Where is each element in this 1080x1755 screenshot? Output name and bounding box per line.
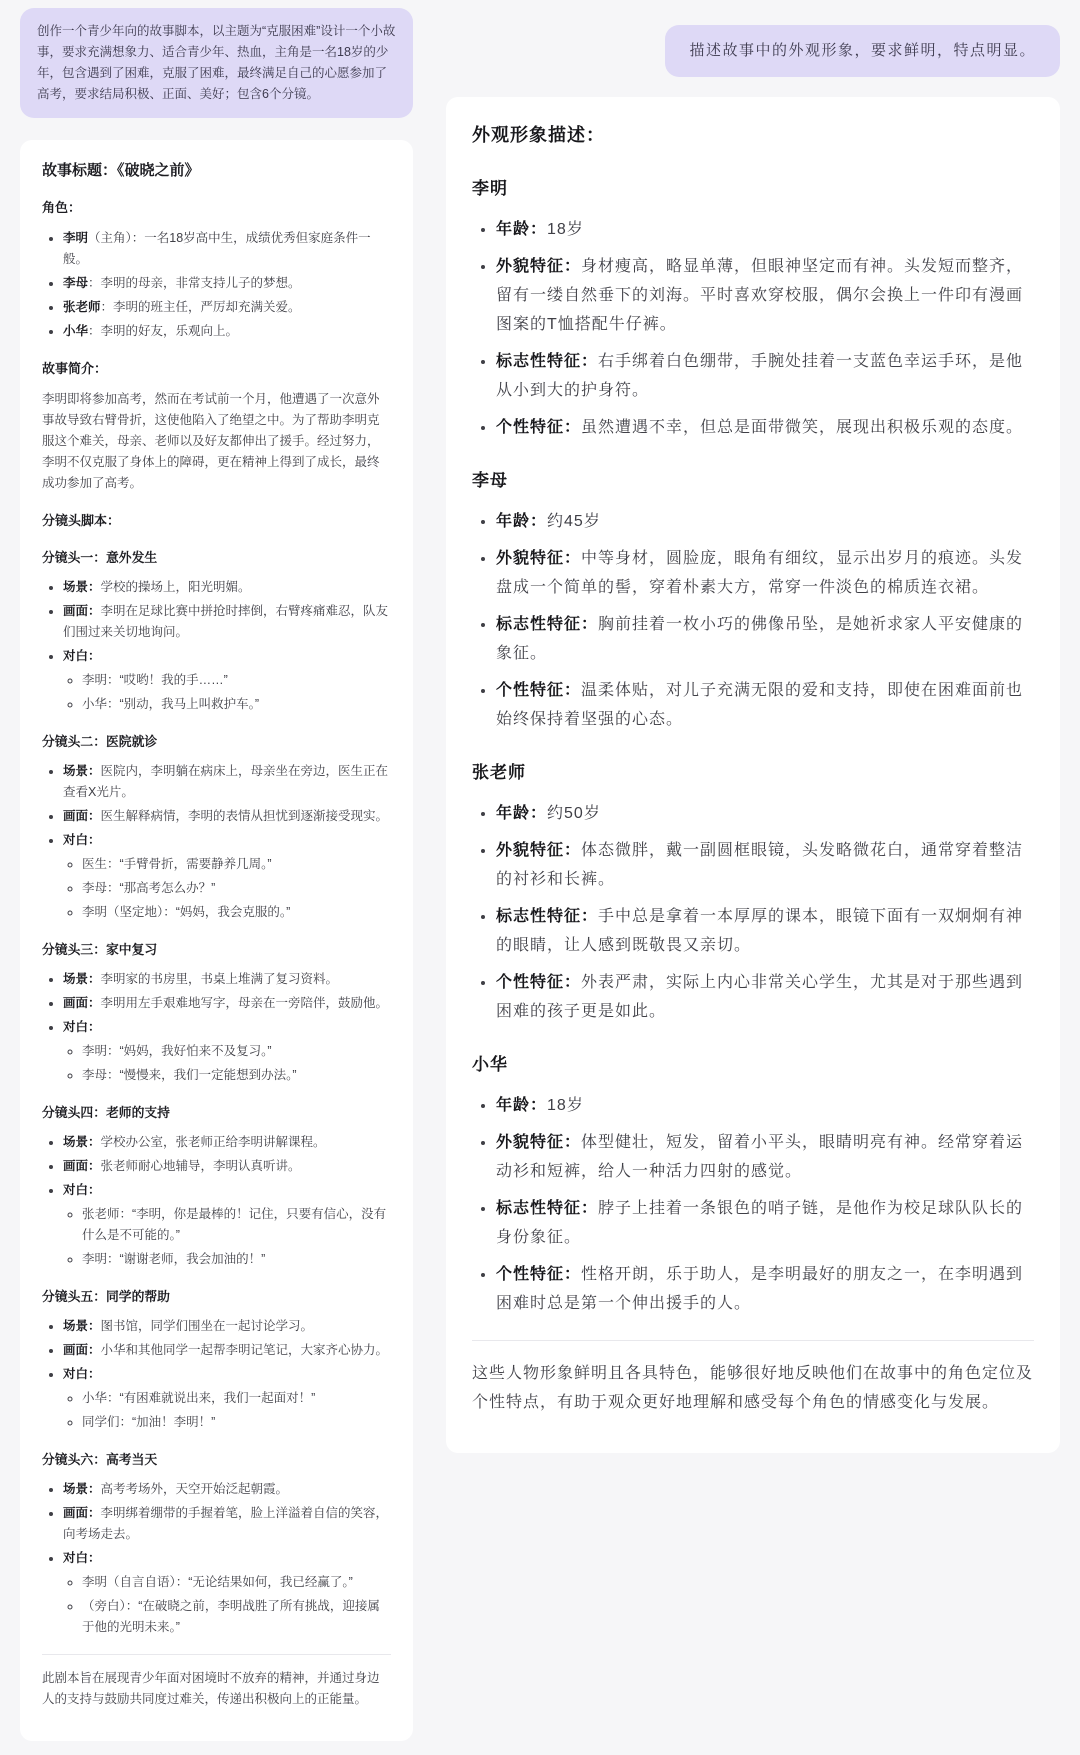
roles-heading: 角色：: [42, 197, 391, 218]
roles-list: 李明（主角）：一名18岁高中生，成绩优秀但家庭条件一般。 李母：李明的母亲，非常…: [42, 228, 391, 342]
scene-title: 分镜头二：医院就诊: [42, 731, 391, 752]
trait-label: 个性特征：: [496, 974, 581, 991]
trait-label: 年龄：: [496, 513, 547, 530]
trait-label: 个性特征：: [496, 1266, 581, 1283]
dialog-label: 对白：: [63, 833, 101, 847]
character-name: 李母: [472, 466, 1034, 495]
scene-dialog: 对白： 李明（自言自语）：“无论结果如何，我已经赢了。” （旁白）：“在破晓之前…: [63, 1548, 391, 1638]
scene-frame: 画面：李明在足球比赛中拼抢时摔倒，右臂疼痛难忍，队友们围过来关切地询问。: [63, 601, 391, 643]
character-trait-list: 年龄：18岁 外貌特征：体型健壮，短发，留着小平头，眼睛明亮有神。经常穿着运动衫…: [472, 1091, 1034, 1318]
dialog-list: 李明：“妈妈，我好怕来不及复习。” 李母：“慢慢来，我们一定能想到办法。”: [63, 1041, 391, 1086]
frame-label: 画面：: [63, 809, 101, 823]
story-title: 故事标题：《破晓之前》: [42, 160, 391, 181]
dialog-list: 医生：“手臂骨折，需要静养几周。” 李母：“那高考怎么办？” 李明（坚定地）：“…: [63, 854, 391, 923]
scene-title: 分镜头四：老师的支持: [42, 1102, 391, 1123]
user-message-left-text: 创作一个青少年向的故事脚本，以主题为“克服困难”设计一个小故事，要求充满想象力、…: [37, 24, 395, 101]
character-block: 张老师 年龄：约50岁 外貌特征：体态微胖，戴一副圆框眼镜，头发略微花白，通常穿…: [472, 758, 1034, 1026]
user-message-right-wrap: 描述故事中的外观形象，要求鲜明，特点明显。: [446, 25, 1060, 77]
synopsis-heading: 故事简介：: [42, 358, 391, 379]
dialog-line: 医生：“手臂骨折，需要静养几周。”: [82, 854, 391, 875]
trait-text: 18岁: [547, 221, 584, 238]
frame-label: 画面：: [63, 604, 101, 618]
chat-column-right: 描述故事中的外观形象，要求鲜明，特点明显。 外观形象描述： 李明 年龄：18岁 …: [446, 8, 1060, 1453]
scene-setting-text: 图书馆，同学们围坐在一起讨论学习。: [101, 1319, 314, 1333]
scene-list: 场景：医院内，李明躺在病床上，母亲坐在旁边，医生正在查看X光片。 画面：医生解释…: [42, 761, 391, 923]
scene-title: 分镜头五：同学的帮助: [42, 1286, 391, 1307]
trait-label: 外貌特征：: [496, 842, 581, 859]
scene-frame-text: 李明在足球比赛中拼抢时摔倒，右臂疼痛难忍，队友们围过来关切地询问。: [63, 604, 388, 639]
user-message-right: 描述故事中的外观形象，要求鲜明，特点明显。: [665, 25, 1060, 77]
role-item: 小华：李明的好友，乐观向上。: [63, 321, 391, 342]
trait-signature: 标志性特征：胸前挂着一枚小巧的佛像吊坠，是她祈求家人平安健康的象征。: [496, 610, 1034, 668]
scene-frame-text: 张老师耐心地辅导，李明认真听讲。: [101, 1159, 301, 1173]
trait-label: 个性特征：: [496, 682, 581, 699]
scene-block: 分镜头三：家中复习 场景：李明家的书房里，书桌上堆满了复习资料。 画面：李明用左…: [42, 939, 391, 1086]
scene-frame: 画面：小华和其他同学一起帮李明记笔记，大家齐心协力。: [63, 1340, 391, 1361]
scene-frame-text: 李明用左手艰难地写字，母亲在一旁陪伴，鼓励他。: [101, 996, 389, 1010]
scene-block: 分镜头四：老师的支持 场景：学校办公室，张老师正给李明讲解课程。 画面：张老师耐…: [42, 1102, 391, 1270]
dialog-line: （旁白）：“在破晓之前，李明战胜了所有挑战，迎接属于他的光明未来。”: [82, 1596, 391, 1638]
trait-label: 标志性特征：: [496, 353, 598, 370]
trait-age: 年龄：约45岁: [496, 507, 1034, 536]
trait-label: 标志性特征：: [496, 908, 598, 925]
scene-list: 场景：高考考场外，天空开始泛起朝霞。 画面：李明绑着绷带的手握着笔，脸上洋溢着自…: [42, 1479, 391, 1638]
character-trait-list: 年龄：约45岁 外貌特征：中等身材，圆脸庞，眼角有细纹，显示出岁月的痕迹。头发盘…: [472, 507, 1034, 734]
trait-personality: 个性特征：温柔体贴，对儿子充满无限的爱和支持，即使在困难面前也始终保持着坚强的心…: [496, 676, 1034, 734]
scene-dialog: 对白： 医生：“手臂骨折，需要静养几周。” 李母：“那高考怎么办？” 李明（坚定…: [63, 830, 391, 923]
dialog-list: 张老师：“李明，你是最棒的！记住，只要有信心，没有什么是不可能的。” 李明：“谢…: [63, 1204, 391, 1270]
character-name: 张老师: [472, 758, 1034, 787]
scene-frame-text: 医生解释病情，李明的表情从担忧到逐渐接受现实。: [101, 809, 389, 823]
dialog-label: 对白：: [63, 1551, 101, 1565]
trait-label: 年龄：: [496, 1097, 547, 1114]
scene-setting: 场景：学校办公室，张老师正给李明讲解课程。: [63, 1132, 391, 1153]
trait-personality: 个性特征：虽然遭遇不幸，但总是面带微笑，展现出积极乐观的态度。: [496, 413, 1034, 442]
appearance-title: 外观形象描述：: [472, 121, 1034, 150]
trait-text: 约45岁: [547, 513, 601, 530]
assistant-message-story-script: 故事标题：《破晓之前》 角色： 李明（主角）：一名18岁高中生，成绩优秀但家庭条…: [20, 140, 413, 1741]
scene-list: 场景：学校办公室，张老师正给李明讲解课程。 画面：张老师耐心地辅导，李明认真听讲…: [42, 1132, 391, 1270]
dialog-line: 李明（自言自语）：“无论结果如何，我已经赢了。”: [82, 1572, 391, 1593]
scene-setting: 场景：医院内，李明躺在病床上，母亲坐在旁边，医生正在查看X光片。: [63, 761, 391, 803]
scene-frame: 画面：李明绑着绷带的手握着笔，脸上洋溢着自信的笑容，向考场走去。: [63, 1503, 391, 1545]
synopsis-text: 李明即将参加高考，然而在考试前一个月，他遭遇了一次意外事故导致右臂骨折，这使他陷…: [42, 389, 391, 494]
scene-setting: 场景：高考考场外，天空开始泛起朝霞。: [63, 1479, 391, 1500]
dialog-line: 李明：“妈妈，我好怕来不及复习。”: [82, 1041, 391, 1062]
trait-label: 年龄：: [496, 221, 547, 238]
dialog-list: 李明（自言自语）：“无论结果如何，我已经赢了。” （旁白）：“在破晓之前，李明战…: [63, 1572, 391, 1638]
scene-frame: 画面：张老师耐心地辅导，李明认真听讲。: [63, 1156, 391, 1177]
role-desc: ：李明的班主任，严厉却充满关爱。: [101, 300, 301, 314]
scene-title: 分镜头三：家中复习: [42, 939, 391, 960]
trait-age: 年龄：约50岁: [496, 799, 1034, 828]
scene-block: 分镜头六：高考当天 场景：高考考场外，天空开始泛起朝霞。 画面：李明绑着绷带的手…: [42, 1449, 391, 1638]
assistant-message-appearance: 外观形象描述： 李明 年龄：18岁 外貌特征：身材瘦高，略显单薄，但眼神坚定而有…: [446, 97, 1060, 1453]
scene-frame: 画面：医生解释病情，李明的表情从担忧到逐渐接受现实。: [63, 806, 391, 827]
trait-signature: 标志性特征：右手绑着白色绷带，手腕处挂着一支蓝色幸运手环，是他从小到大的护身符。: [496, 347, 1034, 405]
dialog-label: 对白：: [63, 1183, 101, 1197]
trait-label: 标志性特征：: [496, 1200, 598, 1217]
trait-text: 约50岁: [547, 805, 601, 822]
character-trait-list: 年龄：18岁 外貌特征：身材瘦高，略显单薄，但眼神坚定而有神。头发短而整齐，留有…: [472, 215, 1034, 442]
role-desc: ：李明的好友，乐观向上。: [88, 324, 238, 338]
divider: [472, 1340, 1034, 1341]
character-block: 李母 年龄：约45岁 外貌特征：中等身材，圆脸庞，眼角有细纹，显示出岁月的痕迹。…: [472, 466, 1034, 734]
scene-setting-text: 学校的操场上，阳光明媚。: [101, 580, 251, 594]
chat-layout: 创作一个青少年向的故事脚本，以主题为“克服困难”设计一个小故事，要求充满想象力、…: [20, 8, 1060, 1741]
dialog-line: 李母：“慢慢来，我们一定能想到办法。”: [82, 1065, 391, 1086]
appearance-footer-note: 这些人物形象鲜明且各具特色，能够很好地反映他们在故事中的角色定位及个性特点，有助…: [472, 1359, 1034, 1417]
scene-frame-text: 小华和其他同学一起帮李明记笔记，大家齐心协力。: [101, 1343, 389, 1357]
role-name: 李母: [63, 276, 88, 290]
trait-appearance: 外貌特征：体态微胖，戴一副圆框眼镜，头发略微花白，通常穿着整洁的衬衫和长裤。: [496, 836, 1034, 894]
scene-label: 场景：: [63, 1482, 101, 1496]
dialog-list: 小华：“有困难就说出来，我们一起面对！” 同学们：“加油！李明！”: [63, 1388, 391, 1433]
trait-label: 个性特征：: [496, 419, 581, 436]
scene-label: 场景：: [63, 972, 101, 986]
scene-block: 分镜头五：同学的帮助 场景：图书馆，同学们围坐在一起讨论学习。 画面：小华和其他…: [42, 1286, 391, 1433]
storyboard-heading: 分镜头脚本：: [42, 510, 391, 531]
role-name: 小华: [63, 324, 88, 338]
frame-label: 画面：: [63, 1506, 101, 1520]
dialog-line: 李明（坚定地）：“妈妈，我会克服的。”: [82, 902, 391, 923]
role-item: 李母：李明的母亲，非常支持儿子的梦想。: [63, 273, 391, 294]
role-item: 张老师：李明的班主任，严厉却充满关爱。: [63, 297, 391, 318]
trait-label: 外貌特征：: [496, 1134, 581, 1151]
scene-block: 分镜头二：医院就诊 场景：医院内，李明躺在病床上，母亲坐在旁边，医生正在查看X光…: [42, 731, 391, 923]
trait-appearance: 外貌特征：体型健壮，短发，留着小平头，眼睛明亮有神。经常穿着运动衫和短裤，给人一…: [496, 1128, 1034, 1186]
trait-personality: 个性特征：外表严肃，实际上内心非常关心学生，尤其是对于那些遇到困难的孩子更是如此…: [496, 968, 1034, 1026]
role-name: 李明: [63, 231, 88, 245]
user-message-right-text: 描述故事中的外观形象，要求鲜明，特点明显。: [689, 42, 1036, 59]
scene-block: 分镜头一：意外发生 场景：学校的操场上，阳光明媚。 画面：李明在足球比赛中拼抢时…: [42, 547, 391, 715]
trait-appearance: 外貌特征：中等身材，圆脸庞，眼角有细纹，显示出岁月的痕迹。头发盘成一个简单的髻，…: [496, 544, 1034, 602]
trait-label: 外貌特征：: [496, 550, 581, 567]
divider: [42, 1654, 391, 1655]
scene-title: 分镜头一：意外发生: [42, 547, 391, 568]
scene-list: 场景：学校的操场上，阳光明媚。 画面：李明在足球比赛中拼抢时摔倒，右臂疼痛难忍，…: [42, 577, 391, 715]
role-desc: ：李明的母亲，非常支持儿子的梦想。: [88, 276, 301, 290]
frame-label: 画面：: [63, 1343, 101, 1357]
role-desc: （主角）：一名18岁高中生，成绩优秀但家庭条件一般。: [63, 231, 371, 266]
scene-label: 场景：: [63, 1135, 101, 1149]
trait-text: 虽然遭遇不幸，但总是面带微笑，展现出积极乐观的态度。: [581, 419, 1023, 436]
scene-label: 场景：: [63, 764, 101, 778]
scene-title: 分镜头六：高考当天: [42, 1449, 391, 1470]
user-message-left: 创作一个青少年向的故事脚本，以主题为“克服困难”设计一个小故事，要求充满想象力、…: [20, 8, 413, 118]
dialog-line: 小华：“别动，我马上叫救护车。”: [82, 694, 391, 715]
trait-label: 年龄：: [496, 805, 547, 822]
dialog-label: 对白：: [63, 649, 101, 663]
scene-setting: 场景：图书馆，同学们围坐在一起讨论学习。: [63, 1316, 391, 1337]
scene-label: 场景：: [63, 580, 101, 594]
scene-setting: 场景：学校的操场上，阳光明媚。: [63, 577, 391, 598]
scene-setting-text: 李明家的书房里，书桌上堆满了复习资料。: [101, 972, 339, 986]
scene-list: 场景：李明家的书房里，书桌上堆满了复习资料。 画面：李明用左手艰难地写字，母亲在…: [42, 969, 391, 1086]
chat-column-left: 创作一个青少年向的故事脚本，以主题为“克服困难”设计一个小故事，要求充满想象力、…: [20, 8, 413, 1741]
scene-dialog: 对白： 李明：“妈妈，我好怕来不及复习。” 李母：“慢慢来，我们一定能想到办法。…: [63, 1017, 391, 1086]
frame-label: 画面：: [63, 996, 101, 1010]
scene-setting-text: 学校办公室，张老师正给李明讲解课程。: [101, 1135, 326, 1149]
trait-label: 标志性特征：: [496, 616, 598, 633]
trait-age: 年龄：18岁: [496, 215, 1034, 244]
character-block: 李明 年龄：18岁 外貌特征：身材瘦高，略显单薄，但眼神坚定而有神。头发短而整齐…: [472, 174, 1034, 442]
dialog-label: 对白：: [63, 1020, 101, 1034]
dialog-list: 李明：“哎哟！我的手……” 小华：“别动，我马上叫救护车。”: [63, 670, 391, 715]
trait-age: 年龄：18岁: [496, 1091, 1034, 1120]
dialog-label: 对白：: [63, 1367, 101, 1381]
character-name: 李明: [472, 174, 1034, 203]
role-item: 李明（主角）：一名18岁高中生，成绩优秀但家庭条件一般。: [63, 228, 391, 270]
dialog-line: 李母：“那高考怎么办？”: [82, 878, 391, 899]
dialog-line: 同学们：“加油！李明！”: [82, 1412, 391, 1433]
trait-signature: 标志性特征：手中总是拿着一本厚厚的课本，眼镜下面有一双炯炯有神的眼睛，让人感到既…: [496, 902, 1034, 960]
scene-label: 场景：: [63, 1319, 101, 1333]
scene-setting-text: 医院内，李明躺在病床上，母亲坐在旁边，医生正在查看X光片。: [63, 764, 388, 799]
dialog-line: 小华：“有困难就说出来，我们一起面对！”: [82, 1388, 391, 1409]
story-footer-note: 此剧本旨在展现青少年面对困境时不放弃的精神，并通过身边人的支持与鼓励共同度过难关…: [42, 1668, 391, 1710]
scene-frame-text: 李明绑着绷带的手握着笔，脸上洋溢着自信的笑容，向考场走去。: [63, 1506, 388, 1541]
scene-dialog: 对白： 李明：“哎哟！我的手……” 小华：“别动，我马上叫救护车。”: [63, 646, 391, 715]
frame-label: 画面：: [63, 1159, 101, 1173]
trait-label: 外貌特征：: [496, 258, 581, 275]
role-name: 张老师: [63, 300, 101, 314]
trait-personality: 个性特征：性格开朗，乐于助人，是李明最好的朋友之一，在李明遇到困难时总是第一个伸…: [496, 1260, 1034, 1318]
dialog-line: 张老师：“李明，你是最棒的！记住，只要有信心，没有什么是不可能的。”: [82, 1204, 391, 1246]
character-block: 小华 年龄：18岁 外貌特征：体型健壮，短发，留着小平头，眼睛明亮有神。经常穿着…: [472, 1050, 1034, 1318]
trait-signature: 标志性特征：脖子上挂着一条银色的哨子链，是他作为校足球队队长的身份象征。: [496, 1194, 1034, 1252]
dialog-line: 李明：“哎哟！我的手……”: [82, 670, 391, 691]
scene-setting-text: 高考考场外，天空开始泛起朝霞。: [101, 1482, 289, 1496]
scene-dialog: 对白： 小华：“有困难就说出来，我们一起面对！” 同学们：“加油！李明！”: [63, 1364, 391, 1433]
character-name: 小华: [472, 1050, 1034, 1079]
scene-list: 场景：图书馆，同学们围坐在一起讨论学习。 画面：小华和其他同学一起帮李明记笔记，…: [42, 1316, 391, 1433]
scene-setting: 场景：李明家的书房里，书桌上堆满了复习资料。: [63, 969, 391, 990]
dialog-line: 李明：“谢谢老师，我会加油的！”: [82, 1249, 391, 1270]
trait-text: 18岁: [547, 1097, 584, 1114]
character-trait-list: 年龄：约50岁 外貌特征：体态微胖，戴一副圆框眼镜，头发略微花白，通常穿着整洁的…: [472, 799, 1034, 1026]
scene-frame: 画面：李明用左手艰难地写字，母亲在一旁陪伴，鼓励他。: [63, 993, 391, 1014]
trait-appearance: 外貌特征：身材瘦高，略显单薄，但眼神坚定而有神。头发短而整齐，留有一缕自然垂下的…: [496, 252, 1034, 339]
scene-dialog: 对白： 张老师：“李明，你是最棒的！记住，只要有信心，没有什么是不可能的。” 李…: [63, 1180, 391, 1270]
